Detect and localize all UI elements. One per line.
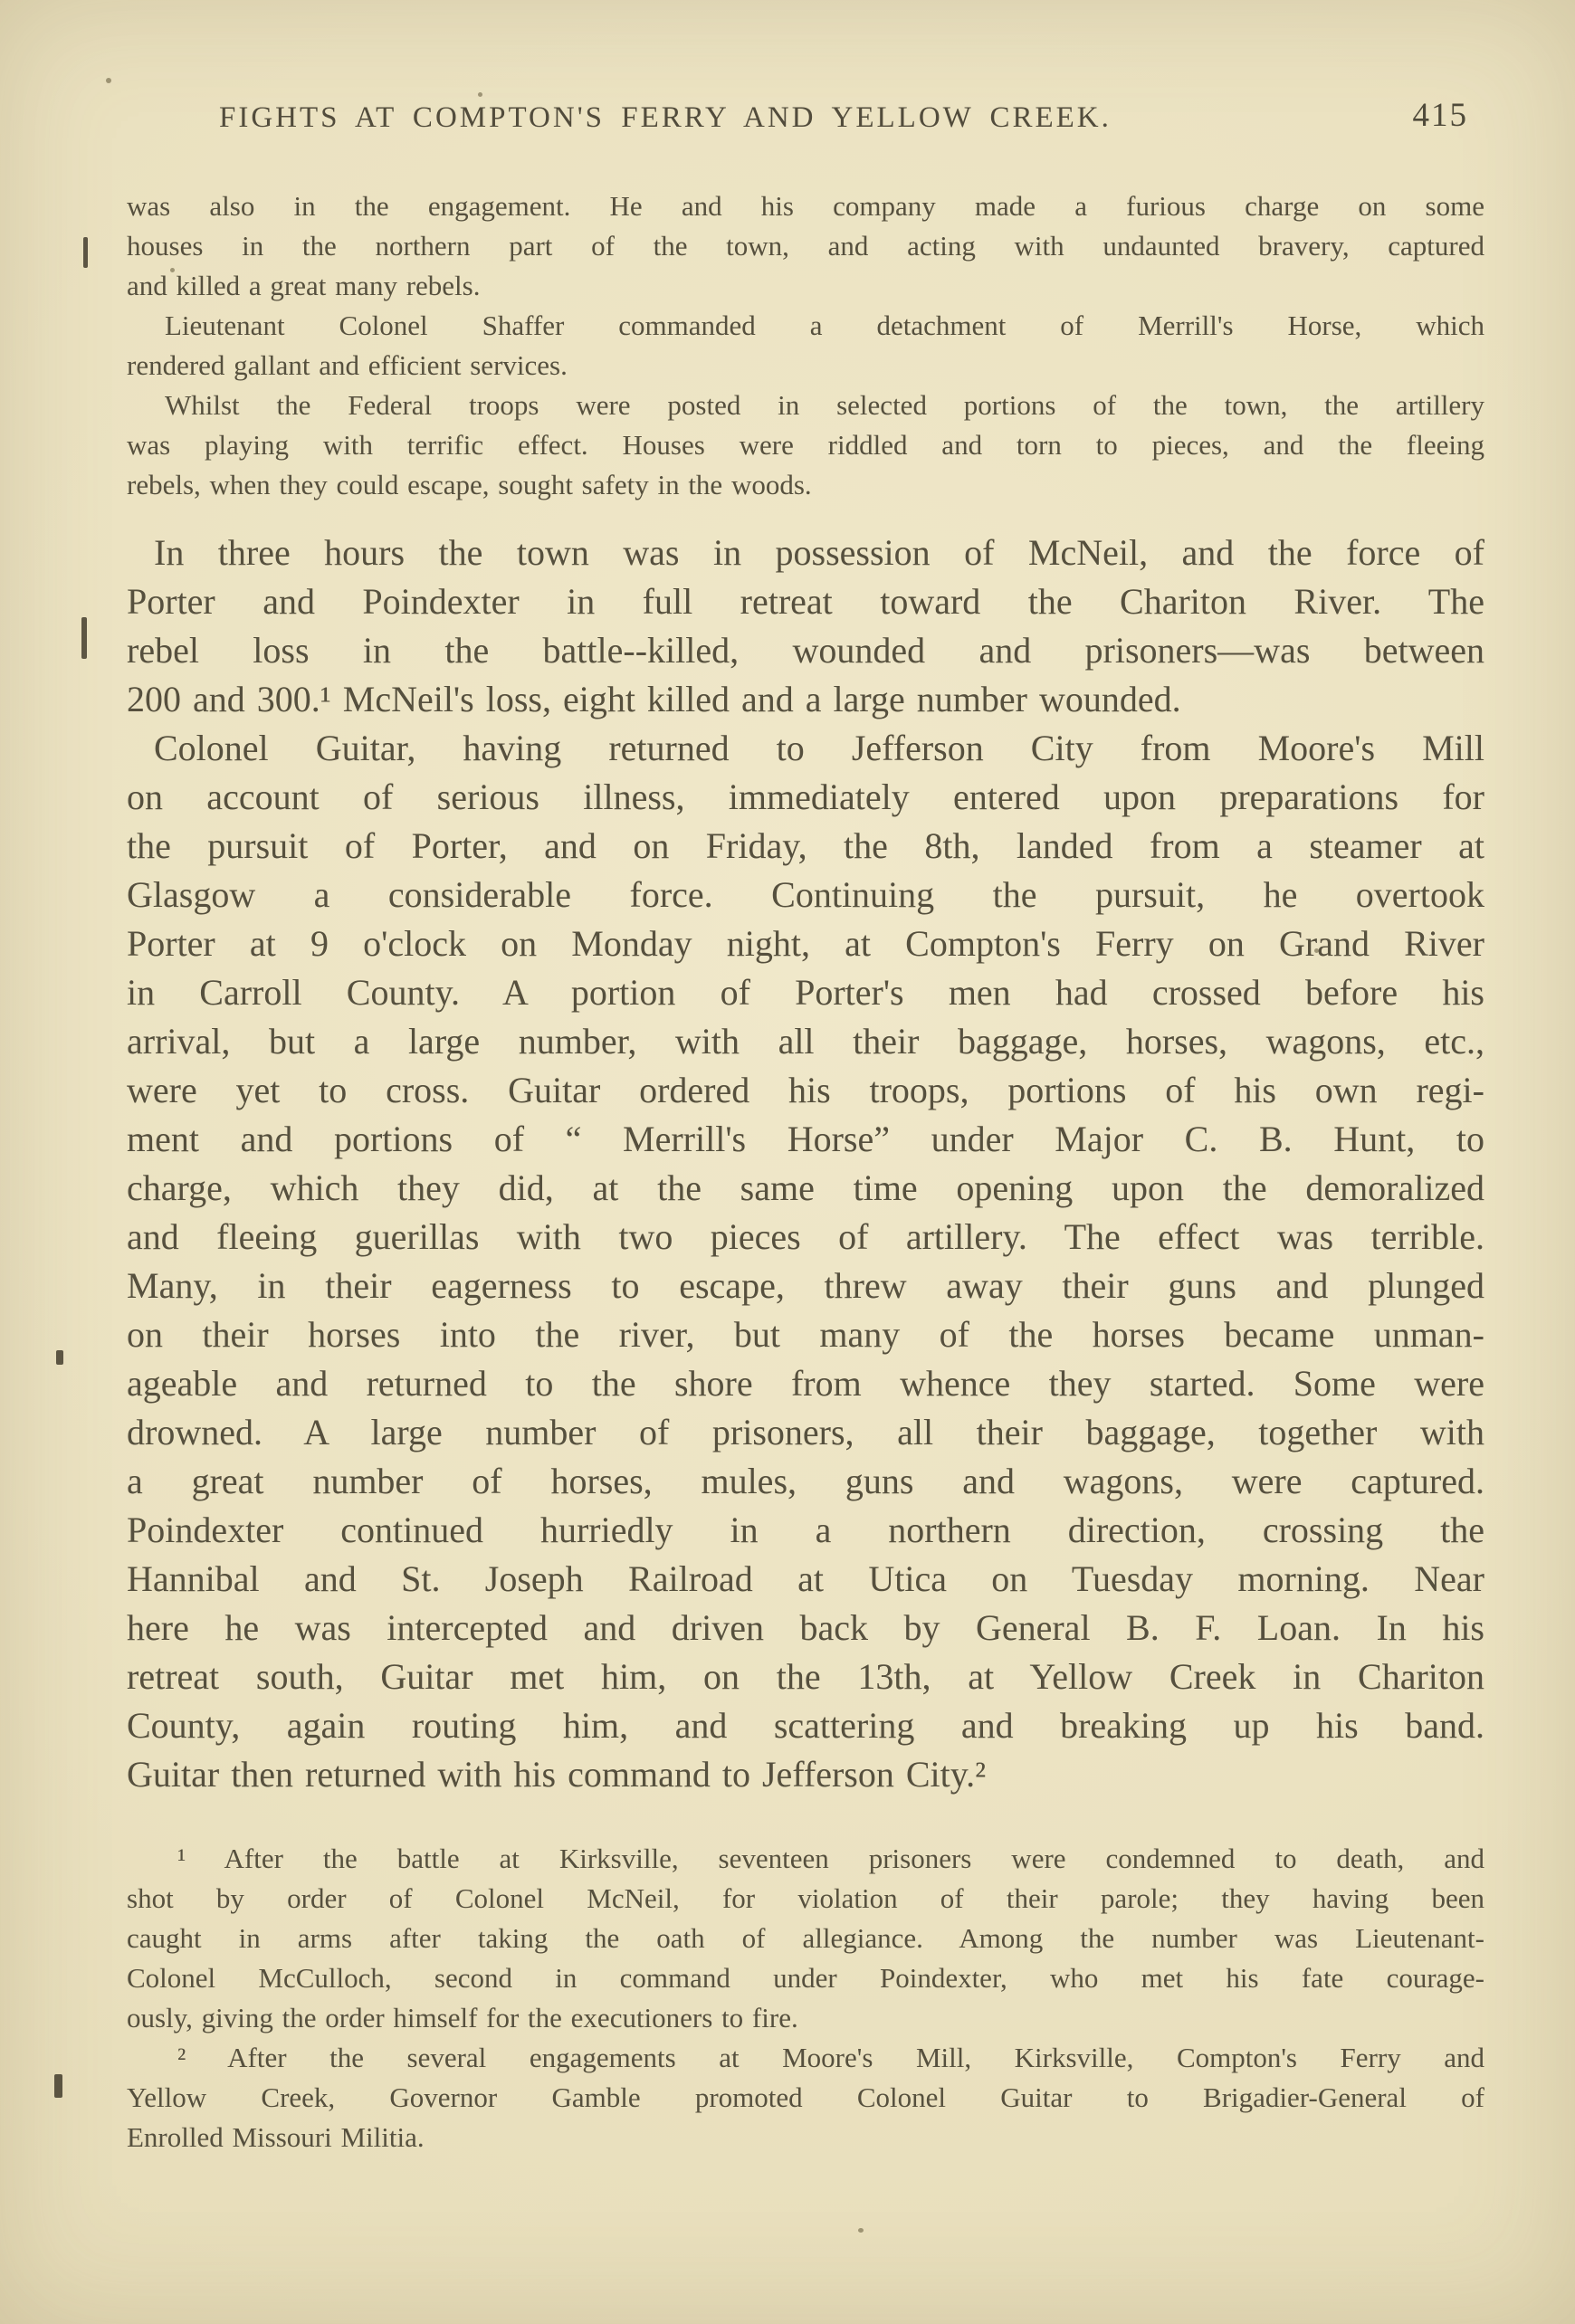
scan-speck — [170, 268, 175, 272]
text-line: Poindexter continued hurriedly in a nort… — [127, 1506, 1484, 1555]
text-line: here he was intercepted and driven back … — [127, 1604, 1484, 1653]
text-line: In three hours the town was in possessio… — [127, 529, 1484, 577]
text-line: and killed a great many rebels. — [127, 266, 1484, 306]
text-line: Guitar then returned with his command to… — [127, 1750, 1484, 1799]
text-line: Whilst the Federal troops were posted in… — [127, 386, 1484, 425]
text-line: Colonel McCulloch, second in command und… — [127, 1958, 1484, 1998]
book-page: FIGHTS AT COMPTON'S FERRY AND YELLOW CRE… — [0, 0, 1575, 2324]
text-line: shot by order of Colonel McNeil, for vio… — [127, 1879, 1484, 1919]
text-line: arrival, but a large number, with all th… — [127, 1017, 1484, 1066]
scan-speck — [478, 92, 482, 97]
text-line: charge, which they did, at the same time… — [127, 1164, 1484, 1213]
text-line: Porter at 9 o'clock on Monday night, at … — [127, 919, 1484, 968]
scan-artifact — [81, 617, 87, 659]
scan-speck — [106, 78, 111, 83]
text-line: on their horses into the river, but many… — [127, 1310, 1484, 1359]
text-line: ² After the several engagements at Moore… — [127, 2038, 1484, 2078]
text-line: Glasgow a considerable force. Continuing… — [127, 871, 1484, 919]
text-line: Many, in their eagerness to escape, thre… — [127, 1262, 1484, 1310]
text-line: Yellow Creek, Governor Gamble promoted C… — [127, 2078, 1484, 2118]
main-section: In three hours the town was in possessio… — [127, 529, 1484, 1799]
text-line: were yet to cross. Guitar ordered his tr… — [127, 1066, 1484, 1115]
text-block: FIGHTS AT COMPTON'S FERRY AND YELLOW CRE… — [127, 0, 1484, 2157]
text-line: rendered gallant and efficient services. — [127, 346, 1484, 386]
text-line: drowned. A large number of prisoners, al… — [127, 1408, 1484, 1457]
text-line: ¹ After the battle at Kirksville, sevent… — [127, 1839, 1484, 1879]
text-line: Enrolled Missouri Militia. — [127, 2118, 1484, 2157]
scan-speck — [858, 2228, 864, 2233]
text-line: on account of serious illness, immediate… — [127, 773, 1484, 822]
scan-artifact — [83, 237, 88, 268]
intro-paragraph-shaffer: Lieutenant Colonel Shaffer commanded a d… — [127, 306, 1484, 386]
text-line: ously, giving the order himself for the … — [127, 1998, 1484, 2038]
text-line: ment and portions of “ Merrill's Horse” … — [127, 1115, 1484, 1164]
scan-artifact — [56, 1350, 63, 1365]
text-line: was also in the engagement. He and his c… — [127, 186, 1484, 226]
text-line: Lieutenant Colonel Shaffer commanded a d… — [127, 306, 1484, 346]
text-line: was playing with terrific effect. Houses… — [127, 425, 1484, 465]
text-line: Colonel Guitar, having returned to Jeffe… — [127, 724, 1484, 773]
text-line: rebel loss in the battle--killed, wounde… — [127, 626, 1484, 675]
text-line: a great number of horses, mules, guns an… — [127, 1457, 1484, 1506]
text-line: ageable and returned to the shore from w… — [127, 1359, 1484, 1408]
text-line: Porter and Poindexter in full retreat to… — [127, 577, 1484, 626]
footnote-1: ¹ After the battle at Kirksville, sevent… — [127, 1839, 1484, 2038]
page-header: FIGHTS AT COMPTON'S FERRY AND YELLOW CRE… — [127, 101, 1484, 141]
scan-artifact — [54, 2074, 62, 2098]
text-line: 200 and 300.¹ McNeil's loss, eight kille… — [127, 675, 1484, 724]
running-title: FIGHTS AT COMPTON'S FERRY AND YELLOW CRE… — [219, 101, 1112, 135]
scan-speck — [1314, 948, 1319, 953]
text-line: houses in the northern part of the town,… — [127, 226, 1484, 266]
text-line: rebels, when they could escape, sought s… — [127, 465, 1484, 505]
intro-paragraph-artillery: Whilst the Federal troops were posted in… — [127, 386, 1484, 505]
footnote-2: ² After the several engagements at Moore… — [127, 2038, 1484, 2157]
main-paragraph-guitar-pursuit: Colonel Guitar, having returned to Jeffe… — [127, 724, 1484, 1799]
text-line: retreat south, Guitar met him, on the 13… — [127, 1653, 1484, 1701]
text-line: Hannibal and St. Joseph Railroad at Utic… — [127, 1555, 1484, 1604]
intro-section: was also in the engagement. He and his c… — [127, 186, 1484, 505]
text-line: and fleeing guerillas with two pieces of… — [127, 1213, 1484, 1262]
page-number: 415 — [1413, 96, 1469, 135]
main-paragraph-possession: In three hours the town was in possessio… — [127, 529, 1484, 724]
text-line: in Carroll County. A portion of Porter's… — [127, 968, 1484, 1017]
intro-paragraph-continuation: was also in the engagement. He and his c… — [127, 186, 1484, 306]
footnotes-section: ¹ After the battle at Kirksville, sevent… — [127, 1839, 1484, 2157]
text-line: caught in arms after taking the oath of … — [127, 1919, 1484, 1958]
text-line: the pursuit of Porter, and on Friday, th… — [127, 822, 1484, 871]
text-line: County, again routing him, and scatterin… — [127, 1701, 1484, 1750]
